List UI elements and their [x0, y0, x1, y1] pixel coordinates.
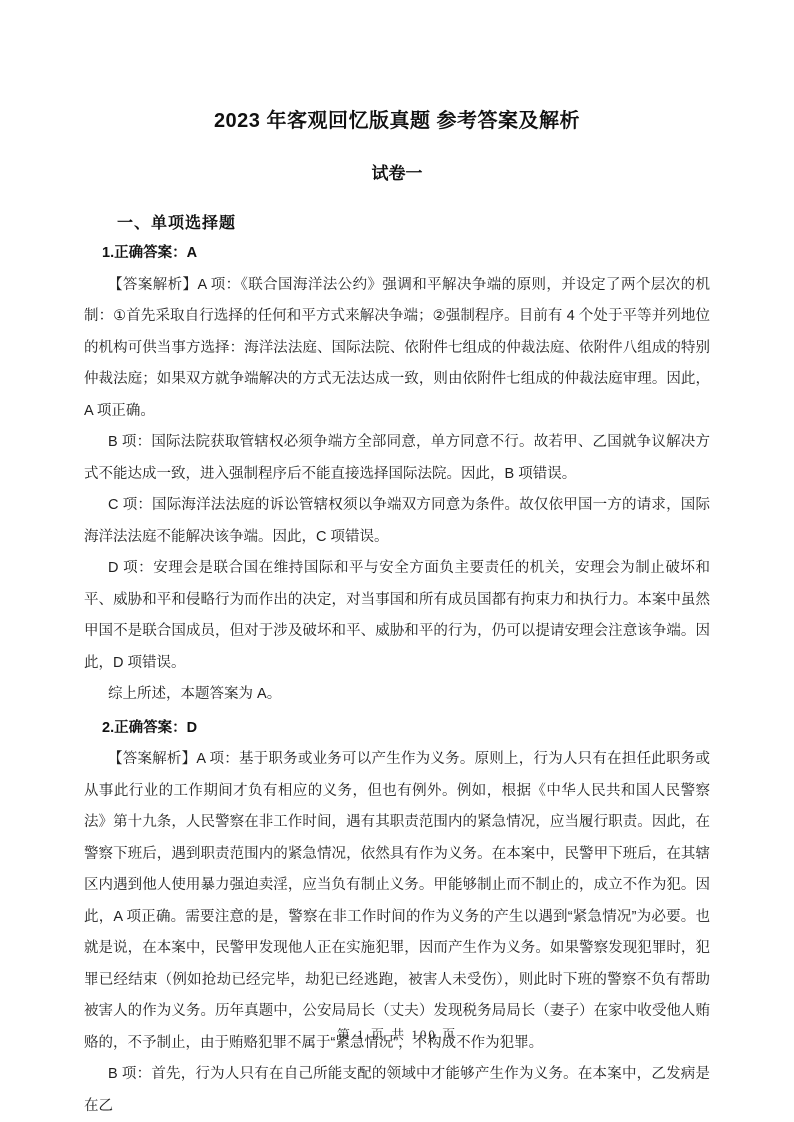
question-2-answer-label: 2.正确答案：D: [102, 713, 710, 745]
question-1-analysis-option-d: D 项：安理会是联合国在维持国际和平与安全方面负主要责任的机关，安理会为制止破坏…: [84, 553, 710, 679]
question-1-answer-label: 1.正确答案：A: [102, 238, 710, 270]
section-heading-single-choice: 一、单项选择题: [117, 211, 710, 236]
question-1-analysis-option-a: 【答案解析】A 项：《联合国海洋法公约》强调和平解决争端的原则，并设定了两个层次…: [84, 270, 710, 428]
question-1-analysis-option-c: C 项：国际海洋法法庭的诉讼管辖权须以争端双方同意为条件。故仅依甲国一方的请求，…: [84, 490, 710, 553]
question-2-analysis-option-a: 【答案解析】A 项：基于职务或业务可以产生作为义务。原则上，行为人只有在担任此职…: [84, 744, 710, 1059]
question-1-conclusion: 综上所述，本题答案为 A。: [84, 679, 710, 711]
question-1-analysis-option-b: B 项：国际法院获取管辖权必须争端方全部同意，单方同意不行。故若甲、乙国就争议解…: [84, 427, 710, 490]
document-page: 2023 年客观回忆版真题 参考答案及解析 试卷一 一、单项选择题 1.正确答案…: [0, 0, 794, 1122]
question-2-analysis-option-b-partial: B 项：首先，行为人只有在自己所能支配的领域中才能够产生作为义务。在本案中，乙发…: [84, 1059, 710, 1122]
page-number: 第 1 页 共 100 页: [0, 1026, 794, 1044]
paper-subtitle: 试卷一: [84, 161, 710, 186]
document-content: 2023 年客观回忆版真题 参考答案及解析 试卷一 一、单项选择题 1.正确答案…: [0, 0, 794, 1122]
document-title: 2023 年客观回忆版真题 参考答案及解析: [84, 106, 710, 136]
